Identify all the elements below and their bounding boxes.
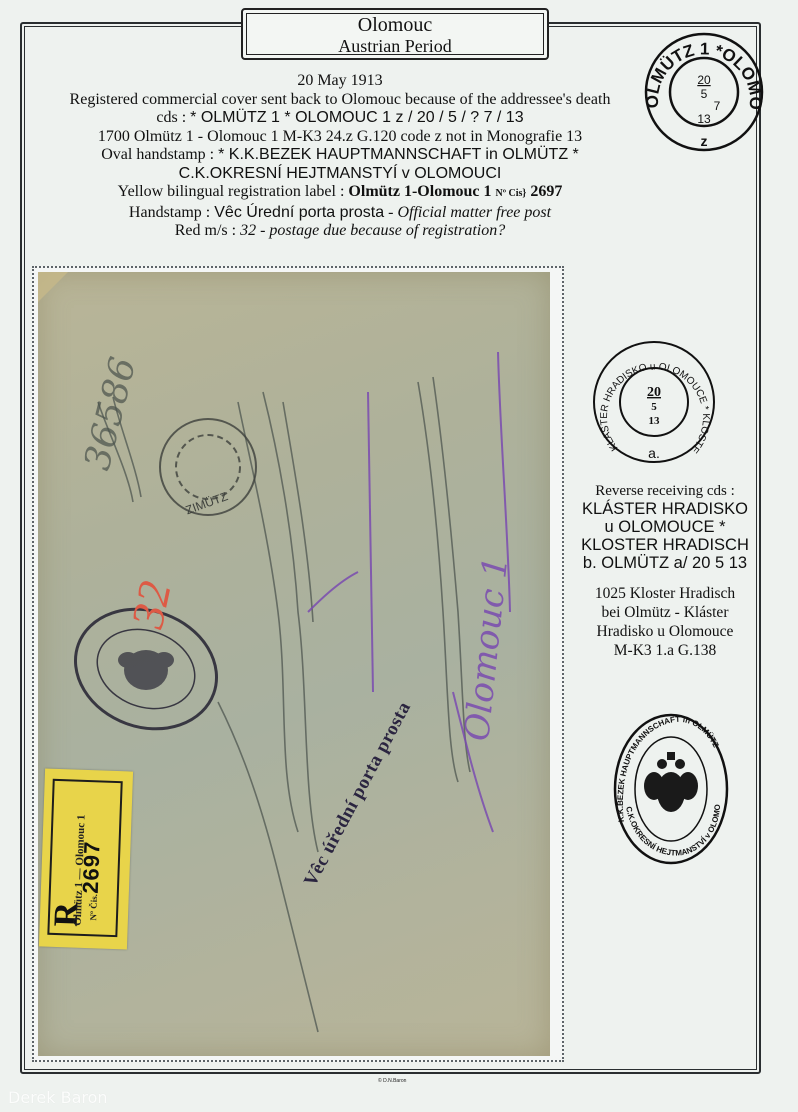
registration-label-line: Yellow bilingual registration label : Ol… bbox=[40, 183, 640, 204]
postmark-reverse-code: a. bbox=[648, 445, 660, 461]
svg-text:36586: 36586 bbox=[77, 353, 144, 474]
description-block: 20 May 1913 Registered commercial cover … bbox=[40, 72, 640, 241]
registration-number: 2697 bbox=[76, 797, 107, 938]
registration-label-frame: R Olmütz 1 — Olomouc 1 Nº Čis. 2697 bbox=[47, 779, 122, 937]
watermark: Derek Baron bbox=[8, 1088, 108, 1107]
cds-line: cds : * OLMÜTZ 1 * OLOMOUC 1 z / 20 / 5 … bbox=[40, 109, 640, 128]
postmark-month: 5 bbox=[701, 87, 708, 101]
page-title: Olomouc bbox=[243, 14, 547, 36]
postmark-code: z bbox=[701, 133, 708, 149]
double-eagle-icon bbox=[644, 752, 698, 812]
svg-text:5: 5 bbox=[651, 401, 657, 413]
postmark-day: 20 bbox=[697, 73, 711, 87]
copyright: © D.N.Baron bbox=[378, 1078, 406, 1084]
svg-text:13: 13 bbox=[649, 415, 661, 427]
cover-date: 20 May 1913 bbox=[40, 72, 640, 91]
oval-handstamp-line: Oval handstamp : * K.K.BEZEK HAUPTMANNSC… bbox=[40, 146, 640, 165]
page-subtitle: Austrian Period bbox=[243, 36, 547, 56]
postmark-olmutz-illustration: OLMÜTZ 1 *OLOMOUC 1 z 20 5 7 13 bbox=[641, 28, 767, 156]
oval-handstamp-line-2: C.K.OKRESNÍ HEJTMANSTYÍ v OLOMOUCI bbox=[40, 165, 640, 184]
catalogue-line: 1700 Olmütz 1 - Olomouc 1 M-K3 24.z G.12… bbox=[40, 128, 640, 147]
reverse-cds-description: Reverse receiving cds : KLÁSTER HRADISKO… bbox=[565, 482, 765, 660]
registration-label: R Olmütz 1 — Olomouc 1 Nº Čis. 2697 bbox=[39, 769, 133, 950]
svg-text:20: 20 bbox=[647, 385, 661, 400]
svg-text:Olomouc 1: Olomouc 1 bbox=[457, 554, 516, 742]
postmark-year: 13 bbox=[697, 112, 711, 126]
reverse-cds-label: Reverse receiving cds : bbox=[565, 482, 765, 500]
oval-handstamp-illustration: K.K.BEZEK HAUPTMANNSCHAFT in OLMÜTZ C.K.… bbox=[612, 712, 730, 866]
postmark-klaster-illustration: KLASTER HRADISKO u OLOMOUCE * KLOSTER HR… bbox=[588, 338, 720, 466]
red-ms-line: Red m/s : 32 - postage due because of re… bbox=[40, 222, 640, 241]
handstamp-line: Handstamp : Vêc Úrední porta prosta - Of… bbox=[40, 204, 640, 223]
postmark-hour: 7 bbox=[714, 99, 721, 113]
reverse-cds-catalogue: 1025 Kloster Hradisch bei Olmütz - Klást… bbox=[565, 584, 765, 660]
cover-summary: Registered commercial cover sent back to… bbox=[40, 91, 640, 110]
title-box: Olomouc Austrian Period bbox=[241, 8, 549, 60]
